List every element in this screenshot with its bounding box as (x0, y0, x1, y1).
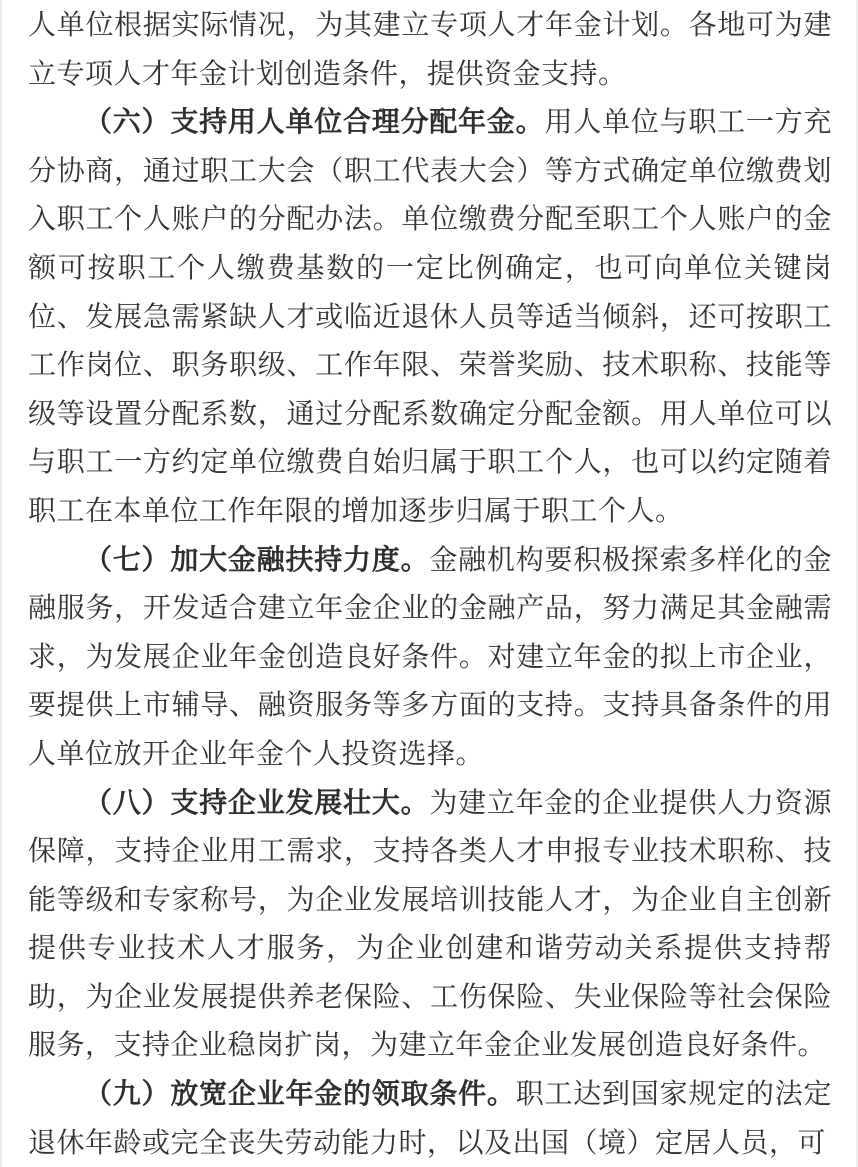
document-page: 人单位根据实际情况，为其建立专项人才年金计划。各地可为建立专项人才年金计划创造条… (0, 0, 858, 1167)
paragraph-text: 为建立年金的企业提供人力资源保障，支持企业用工需求，支持各类人才申报专业技术职称… (28, 788, 832, 1062)
page-left-edge (0, 0, 2, 1167)
section-heading-6: （六）支持用人单位合理分配年金。 (84, 107, 544, 138)
paragraph-section-9: （九）放宽企业年金的领取条件。职工达到国家规定的法定退休年龄或完全丧失劳动能力时… (28, 1071, 832, 1167)
paragraph-text: 人单位根据实际情况，为其建立专项人才年金计划。各地可为建立专项人才年金计划创造条… (28, 10, 832, 90)
paragraph-text: 用人单位与职工一方充分协商，通过职工大会（职工代表大会）等方式确定单位缴费划入职… (28, 107, 832, 527)
paragraph-section-8: （八）支持企业发展壮大。为建立年金的企业提供人力资源保障，支持企业用工需求，支持… (28, 780, 832, 1072)
paragraph-section-7: （七）加大金融扶持力度。金融机构要积极探索多样化的金融服务，开发适合建立年金企业… (28, 537, 832, 780)
paragraph-section-6: （六）支持用人单位合理分配年金。用人单位与职工一方充分协商，通过职工大会（职工代… (28, 99, 832, 536)
section-heading-8: （八）支持企业发展壮大。 (84, 788, 429, 819)
paragraph-continuation: 人单位根据实际情况，为其建立专项人才年金计划。各地可为建立专项人才年金计划创造条… (28, 2, 832, 99)
paragraph-text: 金融机构要积极探索多样化的金融服务，开发适合建立年金企业的金融产品，努力满足其金… (28, 545, 832, 770)
section-heading-7: （七）加大金融扶持力度。 (84, 545, 429, 576)
section-heading-9: （九）放宽企业年金的领取条件。 (84, 1079, 516, 1110)
